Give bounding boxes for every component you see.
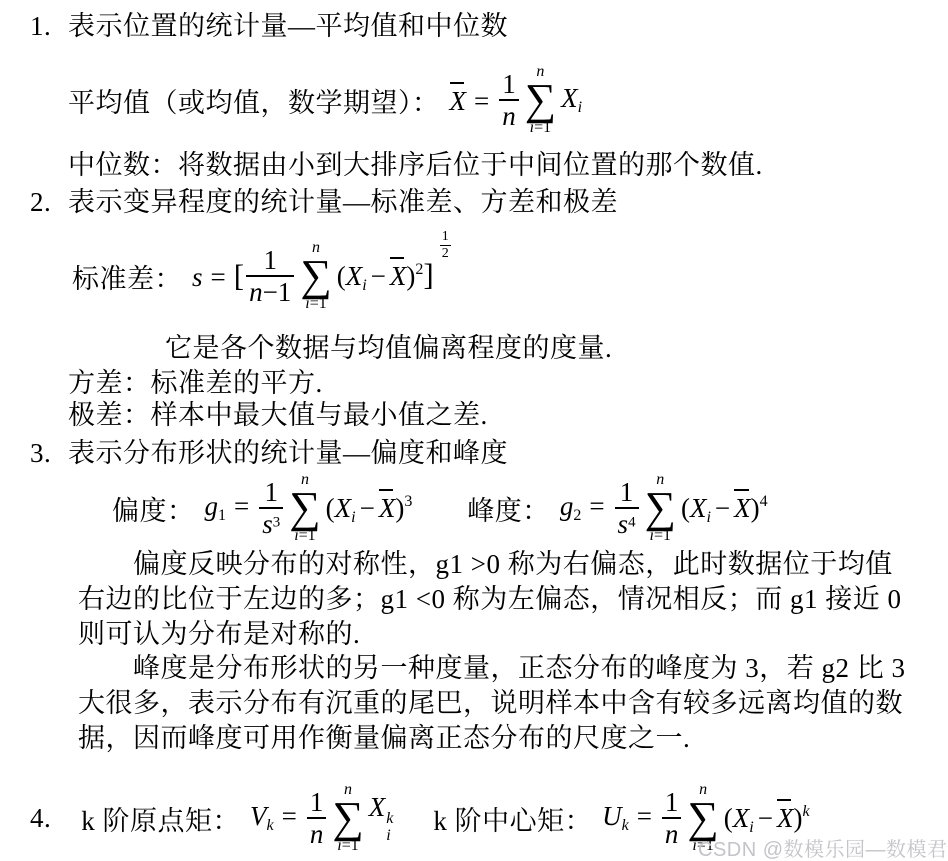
paragraph-line: 则可认为分布是对称的. — [78, 617, 901, 652]
sigma-symbol: ∑ — [687, 799, 718, 836]
kurtosis-paragraph: 峰度是分布形状的另一种度量，正态分布的峰度为 3，若 g2 比 3 大很多，表示… — [78, 651, 906, 755]
fraction: 1 n — [499, 69, 519, 131]
mean-lhs: X= — [450, 82, 498, 119]
std-formula-row: 标准差： s=[ 1 n−1 n ∑ i=1 (Xi−X)2]12 — [72, 224, 454, 328]
std-note: 它是各个数据与均值偏离程度的度量. — [165, 332, 612, 364]
x-bar: X — [734, 489, 751, 526]
paragraph-line: 峰度是分布形状的另一种度量，正态分布的峰度为 3，若 g2 比 3 — [78, 651, 906, 686]
median-definition: 中位数：将数据由小到大排序后位于中间位置的那个数值. — [68, 149, 763, 181]
summation: n ∑ i=1 — [525, 63, 556, 137]
mean-label: 平均值（或均值，数学期望）： — [68, 81, 440, 120]
x-bar: X — [379, 489, 396, 526]
equals-sign: = — [466, 86, 497, 116]
sigma-symbol: ∑ — [332, 799, 363, 836]
kurt-body: (Xi−X)4 — [681, 489, 768, 528]
paragraph-line: 右边的比位于左边的多；g1 <0 称为左偏态，情况相反；而 g1 接近 0 — [78, 582, 901, 617]
equals-sign: = — [629, 801, 660, 831]
raw-moment-formula: Vk= 1 n n ∑ i=1 Xki — [250, 781, 393, 855]
fraction: 1 n — [307, 787, 327, 849]
heading-position-statistics: 表示位置的统计量—平均值和中位数 — [68, 10, 508, 42]
mean-formula-row: 平均值（或均值，数学期望）： X= 1 n n ∑ i=1 Xi — [68, 50, 582, 150]
fraction: 1 n — [662, 787, 682, 849]
mean-body: Xi — [561, 82, 582, 118]
equals-sign: = — [203, 262, 234, 292]
list-number-1: 1. — [30, 10, 51, 42]
power-one-half: 12 — [440, 229, 451, 262]
equals-sign: = — [274, 801, 305, 831]
sigma-symbol: ∑ — [289, 489, 320, 526]
std-label: 标准差： — [72, 257, 182, 296]
paragraph-line: 大很多，表示分布有沉重的尾巴，说明样本中含有较多远离均值的数 — [78, 686, 906, 721]
skew-kurt-formula-row: 偏度： g1= 1 s3 n ∑ i=1 (Xi−X)3 峰度： g2= 1 s… — [112, 462, 768, 554]
skew-label: 偏度： — [112, 489, 195, 528]
summation: n ∑ i=1 — [300, 239, 331, 313]
skew-lhs: g1= — [205, 490, 258, 526]
central-moment-label: k 阶中心矩： — [433, 799, 592, 838]
list-number-3: 3. — [30, 437, 51, 469]
sigma-symbol: ∑ — [525, 81, 556, 118]
std-body: (Xi−X)2]12 — [337, 256, 434, 296]
list-number-4: 4. — [30, 803, 51, 834]
sigma-symbol: ∑ — [645, 489, 676, 526]
paragraph-line: 偏度反映分布的对称性，g1 >0 称为右偏态，此时数据位于均值 — [78, 547, 901, 582]
std-lhs: s=[ — [192, 257, 244, 296]
equals-sign: = — [226, 491, 257, 521]
right-bracket: ] — [423, 257, 433, 292]
statistics-document-page: 1. 表示位置的统计量—平均值和中位数 平均值（或均值，数学期望）： X= 1 … — [0, 0, 948, 861]
vmom-body: Xki — [369, 791, 394, 845]
skewness-formula: g1= 1 s3 n ∑ i=1 (Xi−X)3 — [205, 471, 413, 545]
umom-lhs: Uk= — [602, 800, 660, 836]
vmom-lhs: Vk= — [250, 800, 305, 836]
moments-formula-row: 4. k 阶原点矩： Vk= 1 n n ∑ i=1 Xki k 阶中心矩： U… — [30, 770, 810, 861]
heading-variability-statistics: 表示变异程度的统计量—标准差、方差和极差 — [68, 186, 618, 218]
fraction: 1 n−1 — [246, 245, 294, 307]
equals-sign: = — [581, 491, 612, 521]
summation: n ∑ i=1 — [289, 471, 320, 545]
kurt-lhs: g2= — [560, 490, 613, 526]
kurt-label: 峰度： — [467, 489, 550, 528]
kurtosis-formula: g2= 1 s4 n ∑ i=1 (Xi−X)4 — [560, 471, 768, 545]
fraction: 1 s3 — [259, 477, 283, 539]
summation: n ∑ i=1 — [332, 781, 363, 855]
umom-body: (Xi−X)k — [724, 799, 810, 838]
csdn-watermark: CSDN @数模乐园—数模君 — [698, 833, 948, 861]
fraction: 1 s4 — [615, 477, 639, 539]
list-number-2: 2. — [30, 186, 51, 218]
variance-definition: 方差：标准差的平方. — [68, 367, 323, 399]
paragraph-line: 据，因而峰度可用作衡量偏离正态分布的尺度之一. — [78, 721, 906, 756]
sigma-symbol: ∑ — [300, 257, 331, 294]
skew-body: (Xi−X)3 — [326, 489, 413, 528]
x-bar: X — [450, 82, 467, 119]
x-bar: X — [777, 799, 794, 836]
mean-formula: X= 1 n n ∑ i=1 Xi — [450, 63, 583, 137]
range-definition: 极差：样本中最大值与最小值之差. — [68, 399, 488, 431]
raw-moment-label: k 阶原点矩： — [81, 799, 240, 838]
sub-sup-stack: ki — [386, 811, 393, 845]
left-bracket: [ — [234, 258, 244, 293]
summation: n ∑ i=1 — [645, 471, 676, 545]
std-formula: s=[ 1 n−1 n ∑ i=1 (Xi−X)2]12 — [192, 239, 454, 313]
skewness-paragraph: 偏度反映分布的对称性，g1 >0 称为右偏态，此时数据位于均值 右边的比位于左边… — [78, 547, 901, 651]
x-bar: X — [390, 257, 407, 294]
